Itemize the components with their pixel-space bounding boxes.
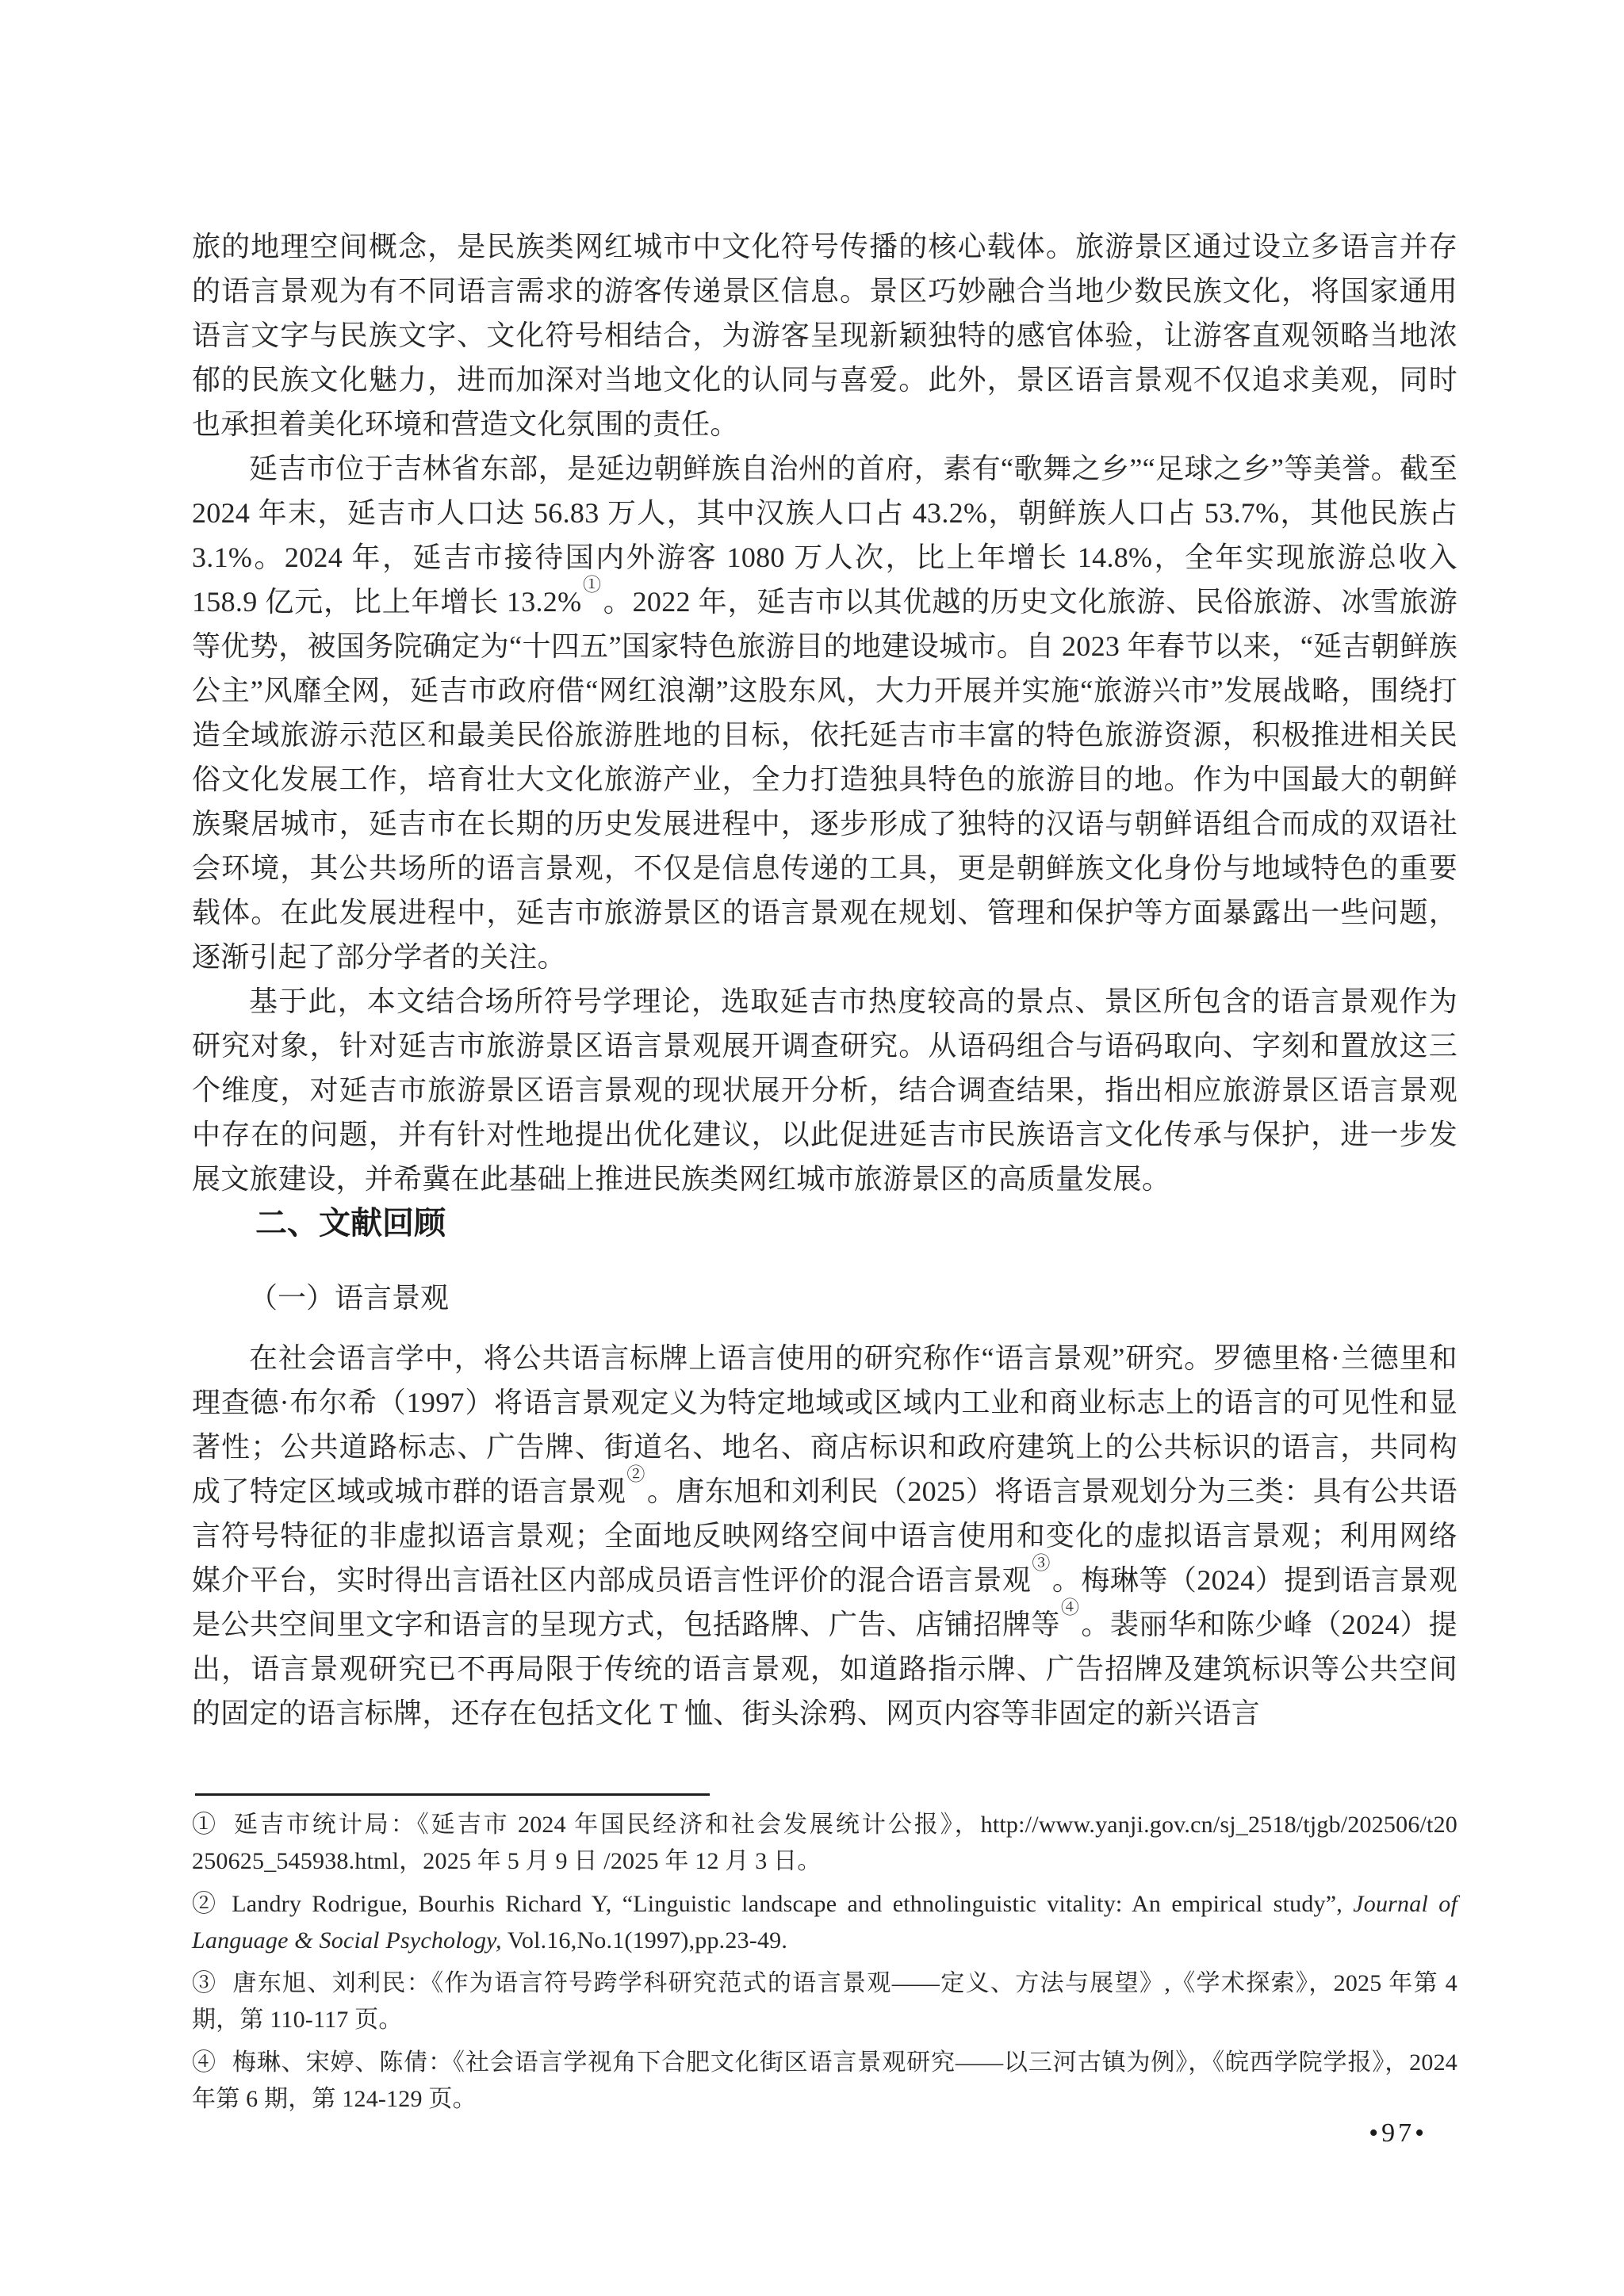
- footnote: ④梅琳、宋婷、陈倩：《社会语言学视角下合肥文化街区语言景观研究——以三河古镇为例…: [192, 2045, 1457, 2118]
- document-page: 旅的地理空间概念，是民族类网红城市中文化符号传播的核心载体。旅游景区通过设立多语…: [0, 0, 1624, 2296]
- footnote-number: ②: [192, 1886, 216, 1923]
- footnote-number: ③: [192, 1965, 216, 2002]
- footnote-ref: ①: [581, 575, 603, 595]
- footnote-number: ④: [192, 2045, 216, 2081]
- footnote: ①延吉市统计局：《延吉市 2024 年国民经济和社会发展统计公报》，http:/…: [192, 1807, 1457, 1880]
- footnote-text: Landry Rodrigue, Bourhis Richard Y, “Lin…: [192, 1891, 1457, 1954]
- body-paragraph: 旅的地理空间概念，是民族类网红城市中文化符号传播的核心载体。旅游景区通过设立多语…: [192, 224, 1457, 446]
- footnote-number: ①: [192, 1807, 216, 1843]
- footnote-ref: ②: [626, 1464, 647, 1484]
- main-text-block: 旅的地理空间概念，是民族类网红城市中文化符号传播的核心载体。旅游景区通过设立多语…: [192, 224, 1457, 1735]
- section-heading: 二、文献回顾: [192, 1201, 1457, 1246]
- footnote-text: 唐东旭、刘利民：《作为语言符号跨学科研究范式的语言景观——定义、方法与展望》,《…: [192, 1970, 1457, 2033]
- italic-journal-title: Journal of Language & Social Psychology,: [192, 1891, 1457, 1954]
- footnote: ③唐东旭、刘利民：《作为语言符号跨学科研究范式的语言景观——定义、方法与展望》,…: [192, 1965, 1457, 2038]
- footnote-ref: ④: [1060, 1598, 1082, 1617]
- footnote-text: 延吉市统计局：《延吉市 2024 年国民经济和社会发展统计公报》，http://…: [192, 1812, 1457, 1874]
- subsection-heading: （一）语言景观: [192, 1276, 1457, 1320]
- footnotes-section: ①延吉市统计局：《延吉市 2024 年国民经济和社会发展统计公报》，http:/…: [192, 1793, 1457, 2124]
- footnote: ②Landry Rodrigue, Bourhis Richard Y, “Li…: [192, 1886, 1457, 1959]
- footnote-text: 梅琳、宋婷、陈倩：《社会语言学视角下合肥文化街区语言景观研究——以三河古镇为例》…: [192, 2049, 1457, 2112]
- body-paragraph: 在社会语言学中，将公共语言标牌上语言使用的研究称作“语言景观”研究。罗德里格·兰…: [192, 1336, 1457, 1735]
- body-paragraph: 基于此，本文结合场所符号学理论，选取延吉市热度较高的景点、景区所包含的语言景观作…: [192, 979, 1457, 1201]
- footnote-ref: ③: [1031, 1553, 1052, 1573]
- body-paragraph: 延吉市位于吉林省东部，是延边朝鲜族自治州的首府，素有“歌舞之乡”“足球之乡”等美…: [192, 446, 1457, 979]
- page-number: •97•: [1369, 2118, 1427, 2149]
- footnote-separator: [195, 1793, 710, 1796]
